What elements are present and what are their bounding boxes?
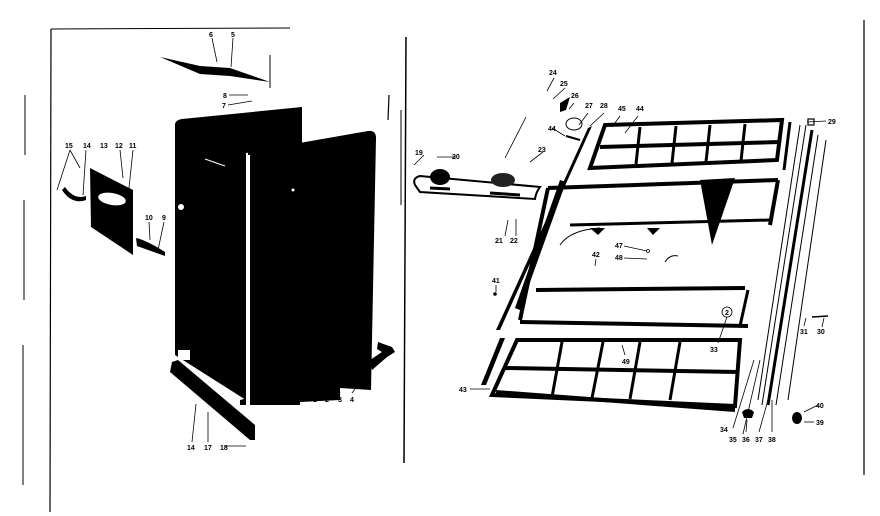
callout-27: 27 bbox=[585, 103, 593, 110]
callout-44-top: 44 bbox=[636, 106, 644, 113]
callout-37: 37 bbox=[755, 437, 763, 444]
knob-part-39-40 bbox=[792, 412, 802, 424]
triangle-bracket-part bbox=[700, 178, 735, 245]
callout-10: 10 bbox=[145, 215, 153, 222]
callout-35: 35 bbox=[729, 437, 737, 444]
callout-49: 49 bbox=[622, 359, 630, 366]
callout-22: 22 bbox=[510, 238, 518, 245]
callout-33: 33 bbox=[710, 347, 718, 354]
callout-13: 13 bbox=[100, 143, 108, 150]
callout-18: 18 bbox=[220, 445, 228, 452]
callout-30: 30 bbox=[817, 329, 825, 336]
callout-28: 28 bbox=[600, 103, 608, 110]
corner-bracket-part bbox=[370, 342, 395, 370]
side-panel-part bbox=[90, 168, 133, 255]
cabinet-assembly: 6 5 8 7 15 14 13 12 11 10 9 1 2 3 4 14 1… bbox=[57, 32, 395, 452]
callout-20: 20 bbox=[452, 154, 460, 161]
top-grill-frame bbox=[590, 120, 790, 170]
callout-12: 12 bbox=[115, 143, 123, 150]
exploded-parts-diagram: 6 5 8 7 15 14 13 12 11 10 9 1 2 3 4 14 1… bbox=[0, 0, 880, 516]
bracket-part bbox=[136, 238, 165, 256]
callout-41: 41 bbox=[492, 278, 500, 285]
long-rail-parts bbox=[758, 125, 826, 405]
handle-part bbox=[62, 187, 86, 201]
callout-4: 4 bbox=[350, 397, 354, 404]
callout-6: 6 bbox=[209, 32, 213, 39]
callout-44: 44 bbox=[548, 126, 556, 133]
cabinet-top-assembly: 19 20 21 22 23 24 25 26 27 28 45 44 44 2… bbox=[414, 70, 836, 444]
callout-5: 5 bbox=[231, 32, 235, 39]
callout-17: 17 bbox=[204, 445, 212, 452]
callout-31: 31 bbox=[800, 329, 808, 336]
cabinet-door-part bbox=[240, 131, 376, 405]
page-frame-lines bbox=[23, 20, 864, 512]
callout-8: 8 bbox=[223, 93, 227, 100]
callout-14-handle: 14 bbox=[83, 143, 91, 150]
callout-29: 29 bbox=[828, 119, 836, 126]
clip-part bbox=[560, 97, 570, 112]
callout-24: 24 bbox=[549, 70, 557, 77]
callout-23: 23 bbox=[538, 147, 546, 154]
callout-19: 19 bbox=[415, 150, 423, 157]
handle-bar-part bbox=[414, 169, 540, 199]
callout-34: 34 bbox=[720, 427, 728, 434]
callout-1: 1 bbox=[313, 397, 317, 404]
bottom-grill-frame bbox=[492, 340, 740, 410]
callout-21: 21 bbox=[495, 238, 503, 245]
callout-2-circled: 2 bbox=[725, 310, 729, 317]
callout-11: 11 bbox=[129, 143, 137, 150]
callout-9: 9 bbox=[162, 215, 166, 222]
top-panel-part bbox=[160, 57, 270, 82]
callout-26: 26 bbox=[571, 93, 579, 100]
callout-36: 36 bbox=[742, 437, 750, 444]
callout-40: 40 bbox=[816, 403, 824, 410]
callout-45: 45 bbox=[618, 106, 626, 113]
callout-42: 42 bbox=[592, 252, 600, 259]
callout-15: 15 bbox=[65, 143, 73, 150]
callout-2: 2 bbox=[325, 397, 329, 404]
callout-48: 48 bbox=[615, 255, 623, 262]
callout-47: 47 bbox=[615, 243, 623, 250]
callout-25: 25 bbox=[560, 81, 568, 88]
callout-14-rail: 14 bbox=[187, 445, 195, 452]
callout-39: 39 bbox=[816, 420, 824, 427]
callout-3: 3 bbox=[338, 397, 342, 404]
callout-38: 38 bbox=[768, 437, 776, 444]
callout-7: 7 bbox=[222, 103, 226, 110]
callout-43: 43 bbox=[459, 387, 467, 394]
